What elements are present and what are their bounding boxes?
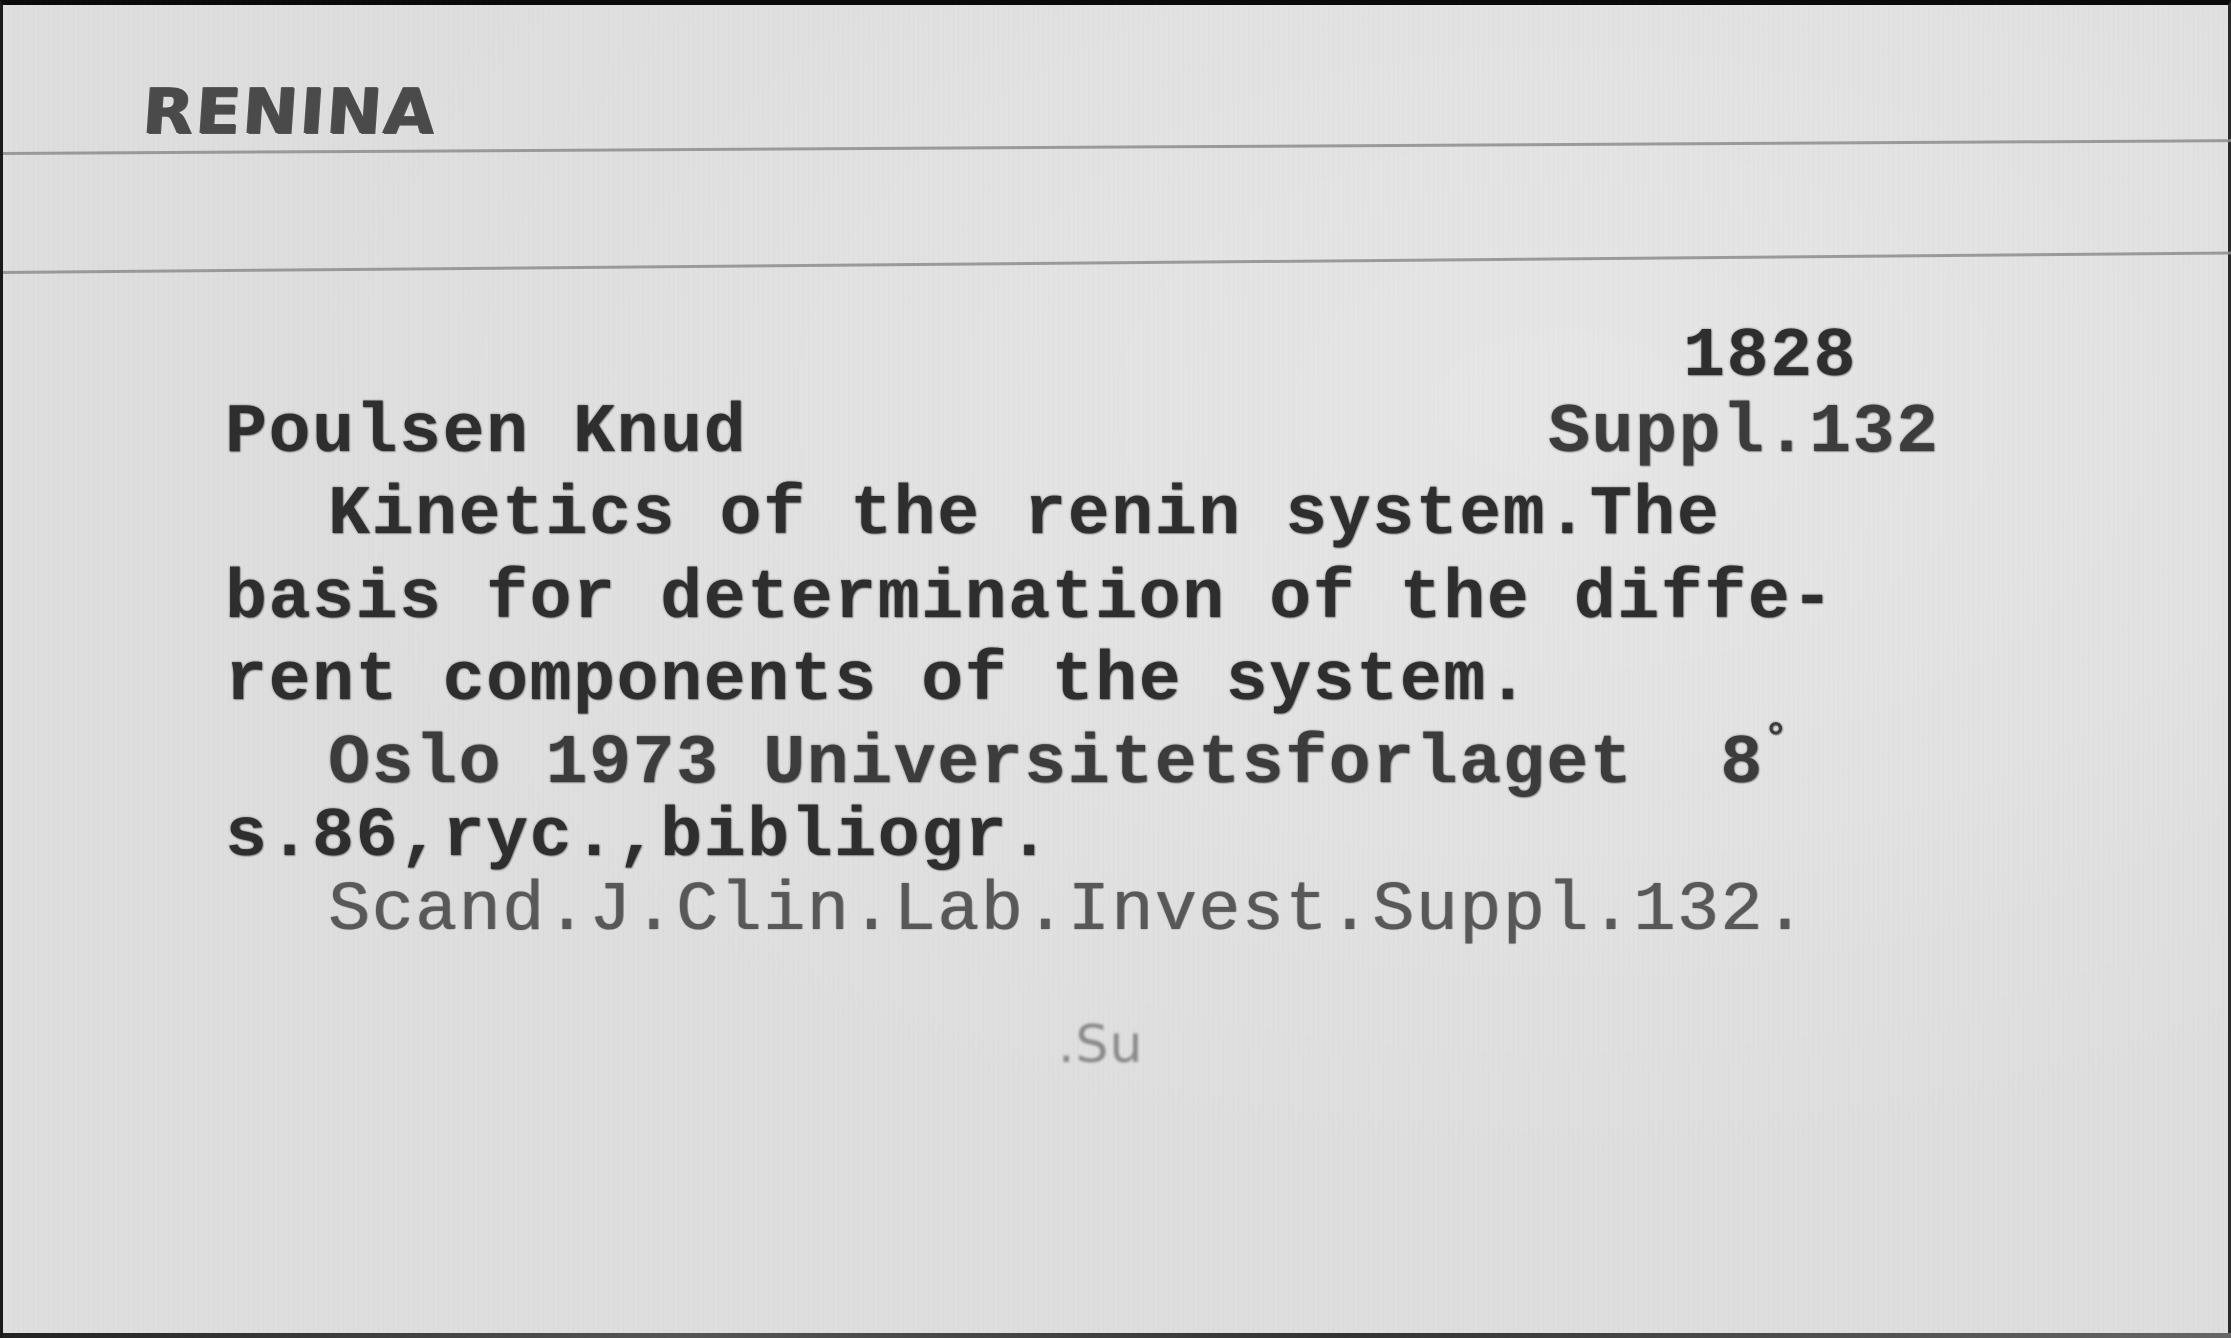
imprint-line: Oslo 1973 Universitetsforlaget 8° [328,721,1789,800]
subject-heading: RENINA [140,75,439,148]
series-line: Scand.J.Clin.Lab.Invest.Suppl.132. [328,877,1807,947]
title-line-2: basis for determination of the diffe- [225,565,1835,635]
collation-line: s.86,ryc.,bibliogr. [225,803,1052,873]
shelf-mark: Suppl.132 [1548,399,1940,469]
card-bottom-edge [3,1333,2231,1338]
body-rule-line [3,251,2231,274]
format-degree-symbol: ° [1764,718,1790,763]
imprint-format: 8 [1720,725,1764,804]
title-line-3: rent components of the system. [225,647,1530,717]
catalog-card: RENINA 1828 Poulsen Knud Suppl.132 Kinet… [0,0,2231,1338]
imprint-place-year-publisher: Oslo 1973 Universitetsforlaget [328,725,1633,804]
title-line-1: Kinetics of the renin system.The [328,481,1720,551]
call-number: 1828 [1683,323,1857,393]
faint-stamp: .Su [1058,1015,1144,1075]
author-name: Poulsen Knud [225,399,747,469]
